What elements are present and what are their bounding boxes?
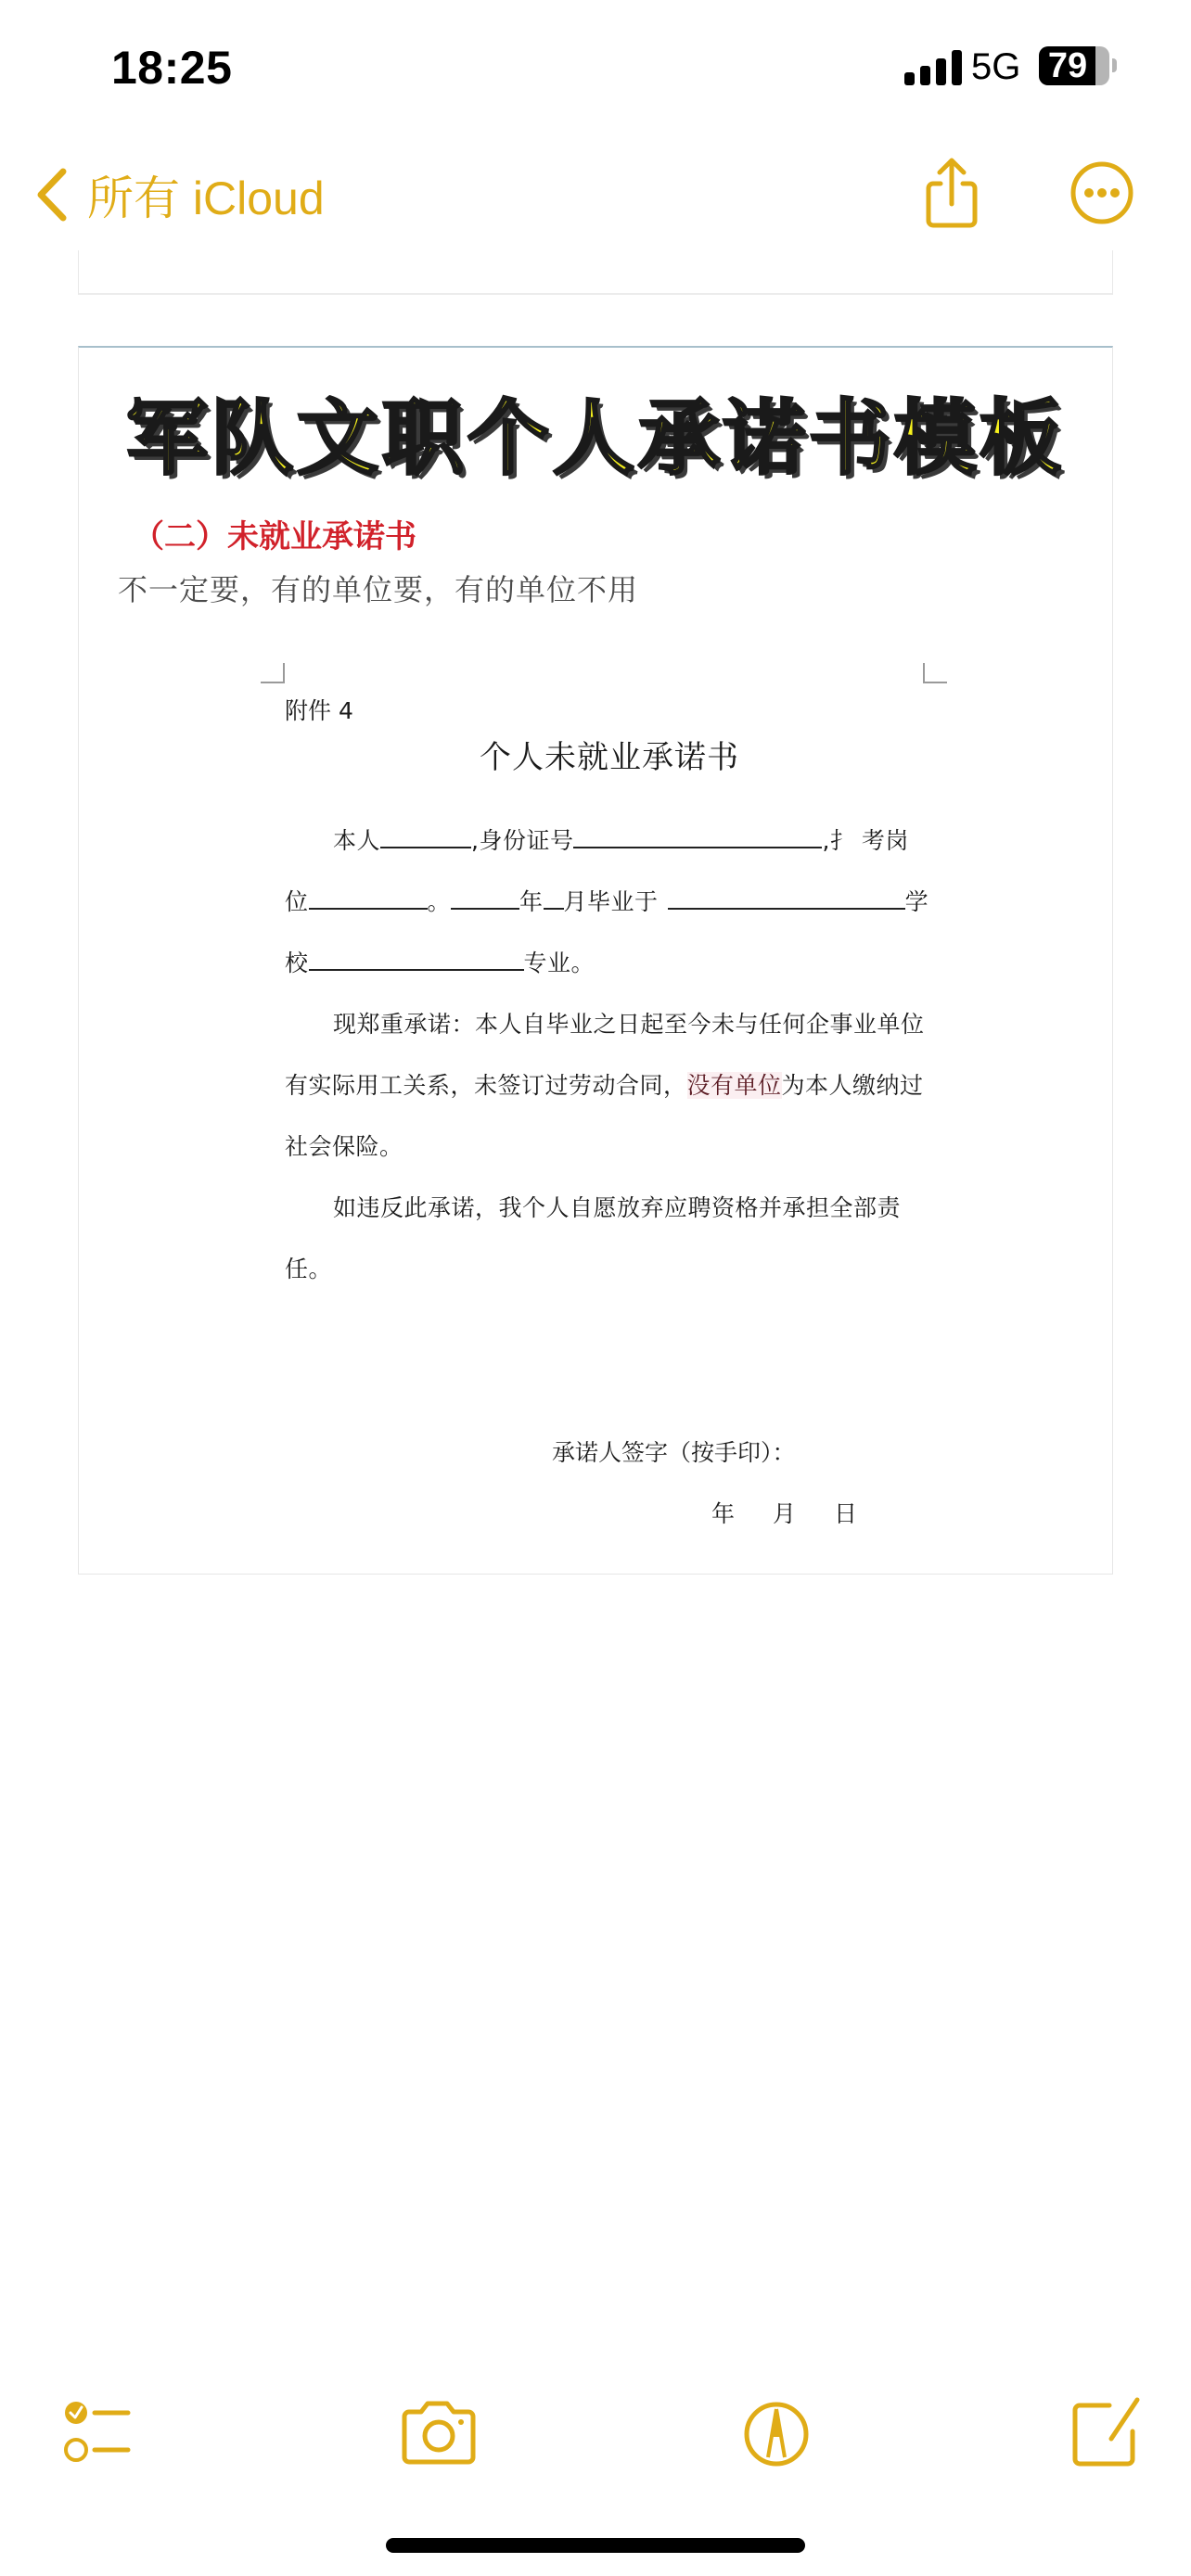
image-title: 军队文职个人承诺书模板 [79,374,1112,491]
signature-label: 承诺人签字（按手印）： [552,1435,796,1468]
text: 年 [519,888,544,915]
blank-year [451,887,519,910]
text: ,扌 考岗 [822,827,908,854]
home-indicator[interactable] [386,2538,805,2553]
compose-icon[interactable] [1065,2392,1148,2476]
share-icon[interactable] [915,156,989,230]
date-year: 年 [711,1496,735,1529]
more-ellipsis-icon[interactable] [1065,156,1139,230]
status-bar: 18:25 5G 79 [0,0,1191,130]
blank-month [544,887,564,910]
text: 有实际用工关系，未签订过劳动合同， [285,1072,687,1099]
text: 。 [428,888,452,915]
bottom-toolbar [0,2392,1191,2485]
text: 为本人缴纳过 [782,1072,924,1099]
doc-line-2: 位。年月毕业于学 [285,884,934,917]
doc-line-7: 如违反此承诺，我个人自愿放弃应聘资格并承担全部责 [285,1190,934,1223]
back-button[interactable]: 所有 iCloud [33,158,325,232]
battery-percent: 79 [1039,47,1096,84]
previous-image-frame [78,250,1113,295]
chevron-left-icon [33,166,70,223]
page-corner-mark [261,663,285,683]
doc-line-3: 校专业。 [285,945,934,978]
blank-name [380,826,471,848]
doc-line-6: 社会保险。 [285,1129,934,1162]
status-time: 18:25 [111,41,232,95]
text: 学 [905,888,929,915]
back-label: 所有 iCloud [87,161,325,228]
text: 专业。 [524,950,595,976]
text: 月毕业于 [564,888,659,915]
battery-icon: 79 [1039,46,1109,85]
date-month: 月 [773,1496,796,1529]
doc-line-4: 现郑重承诺：本人自毕业之日起至今未与任何企事业单位 [285,1006,934,1039]
doc-line-5: 有实际用工关系，未签订过劳动合同，没有单位为本人缴纳过 [285,1067,934,1101]
doc-line-8: 任。 [285,1251,934,1284]
section-heading: （二）未就业承诺书 [133,511,416,556]
note-image[interactable]: 军队文职个人承诺书模板 （二）未就业承诺书 不一定要，有的单位要，有的单位不用 … [78,346,1113,1575]
blank-school [668,887,905,910]
page-corner-mark [923,663,947,683]
blank-major [309,949,524,971]
blank-id-number [573,826,822,848]
battery-cap [1112,58,1117,72]
date-day: 日 [834,1496,857,1529]
markup-pen-icon[interactable] [735,2392,818,2476]
highlighted-text: 没有单位 [687,1072,782,1099]
text: 校 [285,950,309,976]
checklist-icon[interactable] [54,2392,137,2476]
section-note: 不一定要，有的单位要，有的单位不用 [118,567,638,609]
document-title: 个人未就业承诺书 [285,732,934,777]
blank-position [309,887,428,910]
camera-icon[interactable] [397,2392,480,2476]
text: 本人 [333,827,380,854]
attachment-label: 附件 4 [285,693,353,726]
cellular-signal-icon [904,50,962,85]
nav-bar: 所有 iCloud [0,139,1191,250]
text: ,身份证号 [471,827,573,854]
doc-line-1: 本人,身份证号,扌 考岗 [285,823,934,856]
text: 位 [285,888,309,915]
network-type: 5G [971,46,1020,88]
